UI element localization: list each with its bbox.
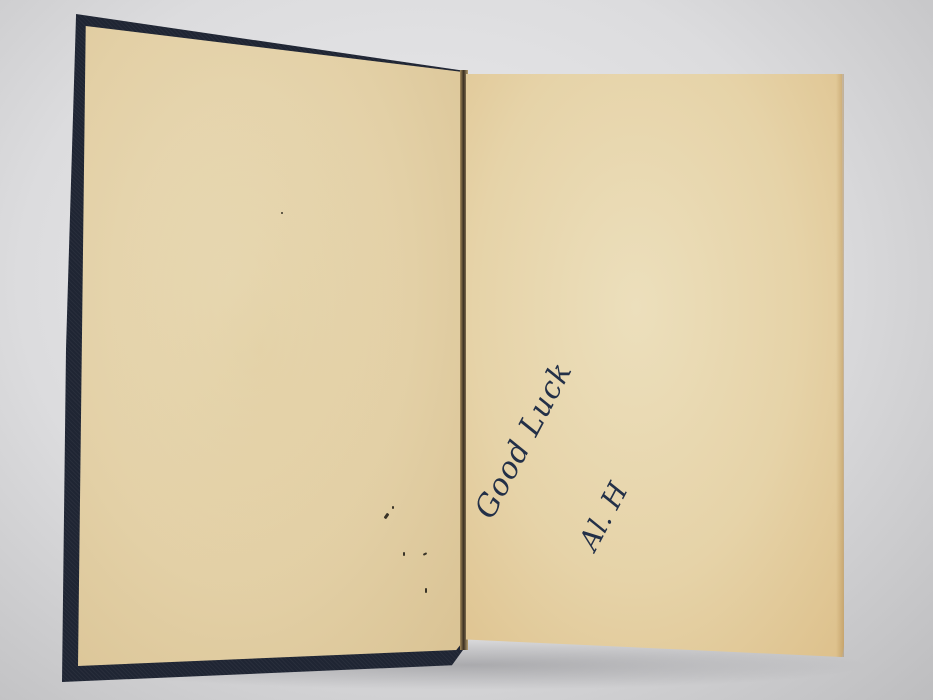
handwritten-inscription: Good Luck Al. H [486, 410, 646, 610]
photo-scene: Good Luck Al. H [0, 0, 933, 700]
left-page-stain [110, 90, 410, 610]
right-page-edge [836, 74, 844, 657]
page-mark [392, 506, 394, 509]
page-mark [403, 552, 405, 556]
inscription-signature: Al. H [572, 477, 635, 556]
page-mark [425, 588, 427, 593]
page-mark [281, 212, 283, 214]
